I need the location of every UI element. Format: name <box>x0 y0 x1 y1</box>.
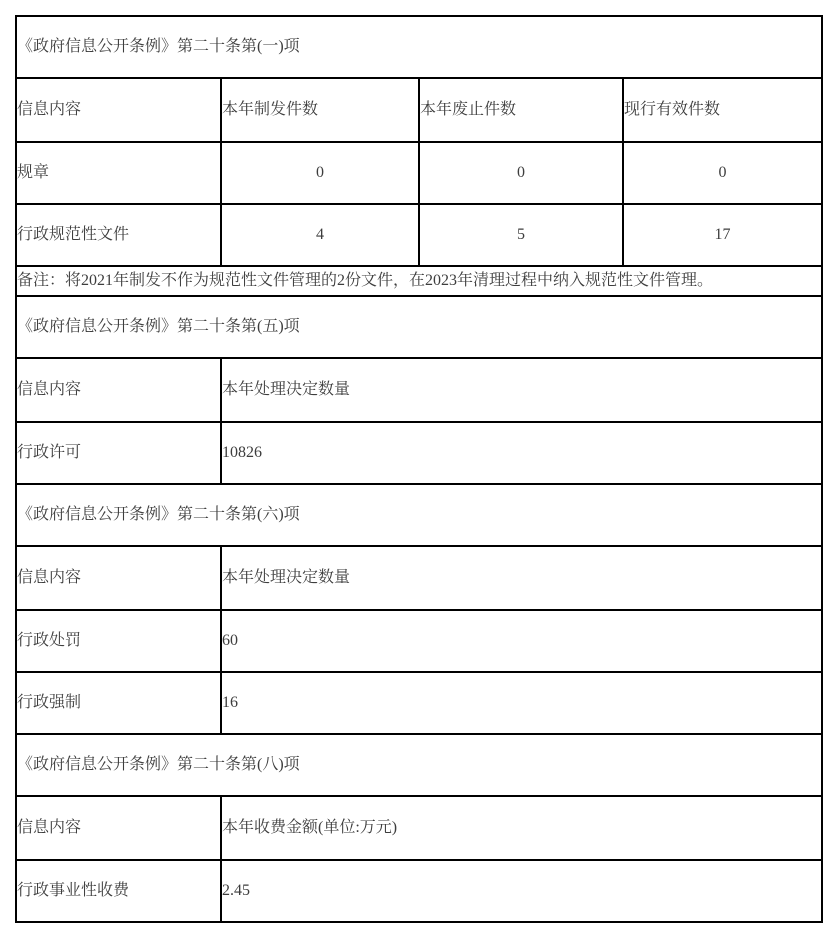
section-title-row: 《政府信息公开条例》第二十条第(八)项 <box>16 734 822 796</box>
row-label: 行政事业性收费 <box>16 860 221 922</box>
column-header: 现行有效件数 <box>623 78 822 142</box>
cell-value: 2.45 <box>221 860 822 922</box>
data-row: 规章000 <box>16 142 822 204</box>
cell-value: 10826 <box>221 422 822 484</box>
column-header: 本年制发件数 <box>221 78 419 142</box>
section-title-row: 《政府信息公开条例》第二十条第(五)项 <box>16 296 822 358</box>
column-header: 本年处理决定数量 <box>221 358 822 422</box>
data-row: 行政事业性收费2.45 <box>16 860 822 922</box>
row-label: 行政许可 <box>16 422 221 484</box>
cell-value: 4 <box>221 204 419 266</box>
column-header-row: 信息内容本年制发件数本年废止件数现行有效件数 <box>16 78 822 142</box>
column-header: 本年处理决定数量 <box>221 546 822 610</box>
column-header: 本年收费金额(单位:万元) <box>221 796 822 860</box>
section-title: 《政府信息公开条例》第二十条第(八)项 <box>16 734 822 796</box>
column-header: 信息内容 <box>16 796 221 860</box>
data-row: 行政许可10826 <box>16 422 822 484</box>
report-page: 《政府信息公开条例》第二十条第(一)项信息内容本年制发件数本年废止件数现行有效件… <box>0 0 833 934</box>
section-title: 《政府信息公开条例》第二十条第(六)项 <box>16 484 822 546</box>
column-header-row: 信息内容本年收费金额(单位:万元) <box>16 796 822 860</box>
data-row: 行政处罚60 <box>16 610 822 672</box>
cell-value: 17 <box>623 204 822 266</box>
column-header: 信息内容 <box>16 358 221 422</box>
column-header-row: 信息内容本年处理决定数量 <box>16 546 822 610</box>
column-header: 本年废止件数 <box>419 78 623 142</box>
note-row: 备注：将2021年制发不作为规范性文件管理的2份文件，在2023年清理过程中纳入… <box>16 266 822 296</box>
section-title: 《政府信息公开条例》第二十条第(五)项 <box>16 296 822 358</box>
cell-value: 16 <box>221 672 822 734</box>
data-row: 行政规范性文件4517 <box>16 204 822 266</box>
column-header: 信息内容 <box>16 546 221 610</box>
disclosure-statistics-table: 《政府信息公开条例》第二十条第(一)项信息内容本年制发件数本年废止件数现行有效件… <box>15 15 823 923</box>
column-header: 信息内容 <box>16 78 221 142</box>
row-label: 行政规范性文件 <box>16 204 221 266</box>
column-header-row: 信息内容本年处理决定数量 <box>16 358 822 422</box>
row-label: 规章 <box>16 142 221 204</box>
data-row: 行政强制16 <box>16 672 822 734</box>
section-title-row: 《政府信息公开条例》第二十条第(一)项 <box>16 16 822 78</box>
cell-value: 0 <box>419 142 623 204</box>
row-label: 行政处罚 <box>16 610 221 672</box>
row-label: 行政强制 <box>16 672 221 734</box>
section-title: 《政府信息公开条例》第二十条第(一)项 <box>16 16 822 78</box>
disclosure-table-body: 《政府信息公开条例》第二十条第(一)项信息内容本年制发件数本年废止件数现行有效件… <box>16 16 822 922</box>
note-text: 备注：将2021年制发不作为规范性文件管理的2份文件，在2023年清理过程中纳入… <box>16 266 822 296</box>
cell-value: 60 <box>221 610 822 672</box>
cell-value: 5 <box>419 204 623 266</box>
cell-value: 0 <box>623 142 822 204</box>
cell-value: 0 <box>221 142 419 204</box>
section-title-row: 《政府信息公开条例》第二十条第(六)项 <box>16 484 822 546</box>
